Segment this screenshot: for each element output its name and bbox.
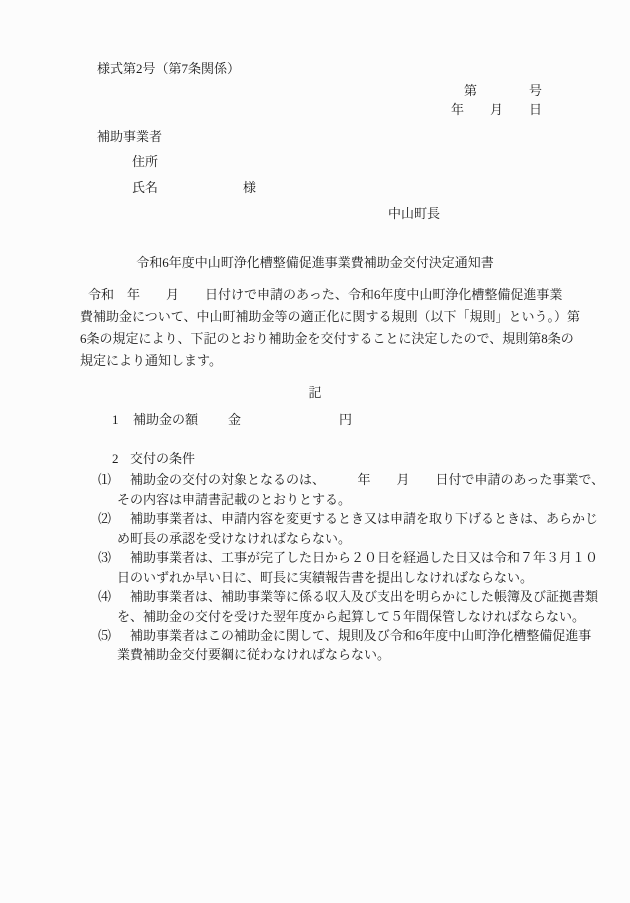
condition-3-marker: ⑶ [98, 551, 130, 564]
recipient-label: 補助事業者 [97, 130, 162, 143]
issue-date-line: 年 月 日 [451, 103, 542, 116]
item2-label: 交付の条件 [130, 452, 195, 465]
body-line: 6条の規定により、下記のとおり補助金を交付することに決定したので、規則第8条の [80, 332, 574, 345]
item2-number: 2 [112, 452, 119, 465]
address-label: 住所 [132, 155, 158, 168]
document-page: 様式第2号（第7条関係） 第 号 年 月 日 補助事業者 住所 氏名 様 中山町… [0, 0, 630, 903]
condition-item-1-line-1: ⑴補助金の交付の対象となるのは、 年 月 日付で申請のあった事業で、 [98, 473, 604, 486]
amount-prefix: 金 [228, 413, 241, 426]
condition-4-marker: ⑷ [98, 590, 130, 603]
condition-item-4-line-2: を、補助金の交付を受けた翌年度から起算して５年間保管しなければならない。 [117, 610, 585, 623]
form-number: 様式第2号（第7条関係） [97, 62, 240, 75]
document-number-line: 第 号 [464, 84, 542, 97]
body-line: 費補助金について、中山町補助金等の適正化に関する規則（以下「規則」という。）第 [80, 310, 580, 323]
document-title: 令和6年度中山町浄化槽整備促進事業費補助金交付決定通知書 [0, 256, 630, 269]
condition-1-text: 補助金の交付の対象となるのは、 年 月 日付で申請のあった事業で、 [130, 472, 604, 487]
amount-suffix: 円 [339, 413, 352, 426]
sender-name: 中山町長 [388, 207, 440, 220]
condition-1-marker: ⑴ [98, 473, 130, 486]
item1-label: 補助金の額 [133, 413, 198, 426]
item1-number: 1 [112, 413, 119, 426]
condition-item-5-line-1: ⑸補助事業者はこの補助金に関して、規則及び令和6年度中山町浄化槽整備促進事 [98, 629, 591, 642]
condition-item-2-line-2: め町長の承認を受けなければならない。 [117, 532, 351, 545]
condition-5-text: 補助事業者はこの補助金に関して、規則及び令和6年度中山町浄化槽整備促進事 [130, 628, 591, 643]
condition-2-marker: ⑵ [98, 512, 130, 525]
body-line: 規定により通知します。 [80, 354, 222, 367]
condition-item-1-line-2: その内容は申請書記載のとおりとする。 [117, 493, 351, 506]
condition-4-text: 補助事業者は、補助事業等に係る収入及び支出を明らかにした帳簿及び証拠書類 [130, 589, 598, 604]
condition-3-text: 補助事業者は、工事が完了した日から２０日を経過した日又は令和７年３月１０ [130, 550, 598, 565]
condition-item-3-line-1: ⑶補助事業者は、工事が完了した日から２０日を経過した日又は令和７年３月１０ [98, 551, 598, 564]
condition-item-3-line-2: 日のいずれか早い日に、町長に実績報告書を提出しなければならない。 [117, 571, 533, 584]
honorific-label: 様 [243, 181, 256, 194]
condition-5-marker: ⑸ [98, 629, 130, 642]
condition-2-text: 補助事業者は、申請内容を変更するとき又は申請を取り下げるときは、あらかじ [130, 511, 598, 526]
body-line: 令和 年 月 日付けで申請のあった、令和6年度中山町浄化槽整備促進事業 [88, 288, 562, 301]
condition-item-5-line-2: 業費補助金交付要綱に従わなければならない。 [117, 648, 390, 661]
condition-item-2-line-1: ⑵補助事業者は、申請内容を変更するとき又は申請を取り下げるときは、あらかじ [98, 512, 598, 525]
ki-marker: 記 [0, 386, 630, 399]
name-label: 氏名 [132, 181, 158, 194]
condition-item-4-line-1: ⑷補助事業者は、補助事業等に係る収入及び支出を明らかにした帳簿及び証拠書類 [98, 590, 598, 603]
